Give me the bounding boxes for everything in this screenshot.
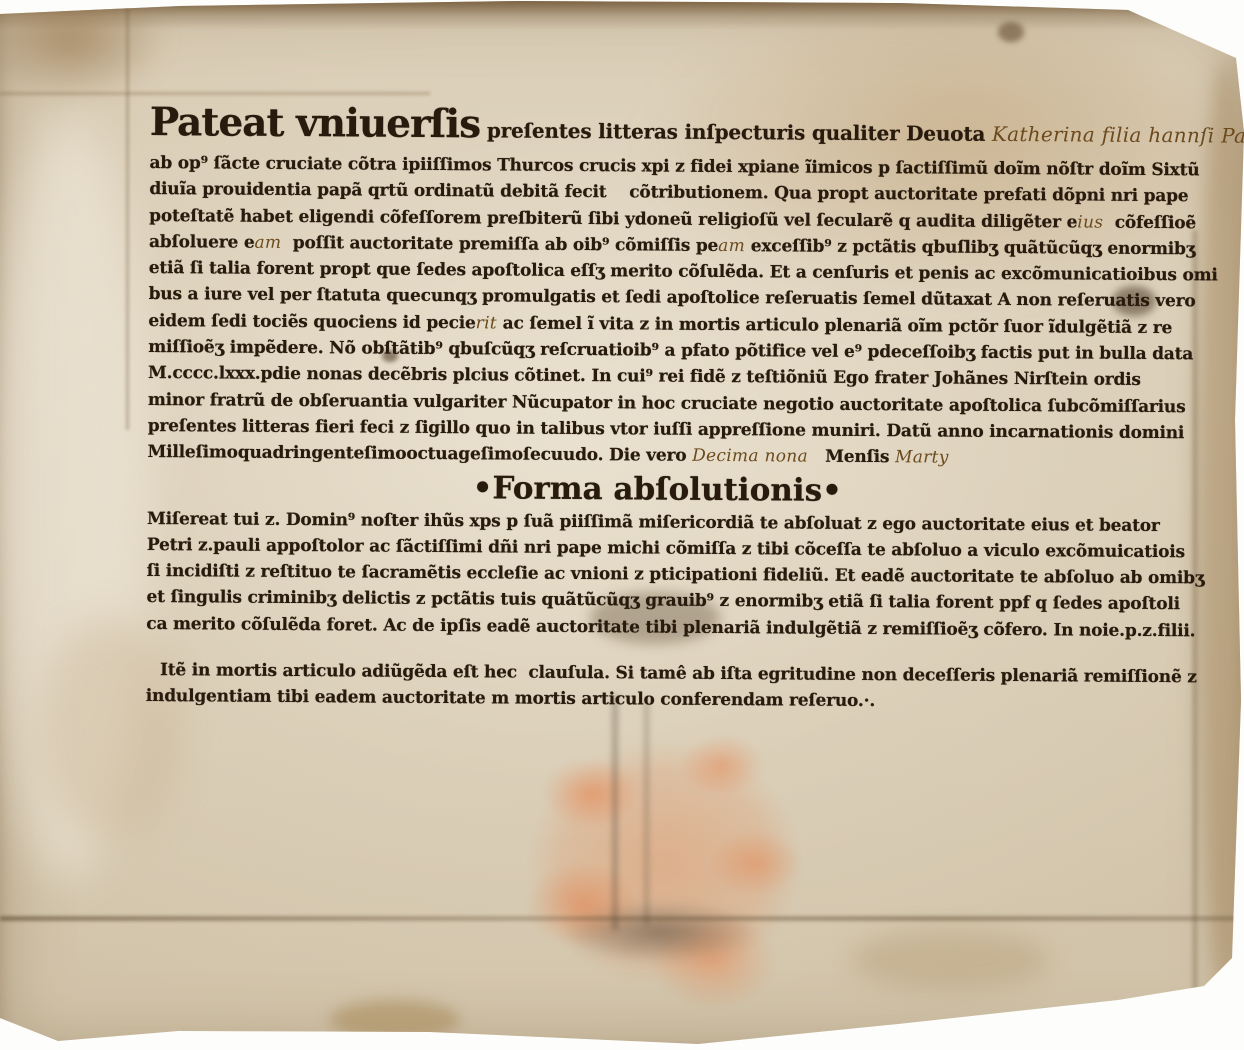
- handwritten-segment: Katherina filia hannſi Panthyrmane: [992, 122, 1244, 149]
- printed-segment: Milleſimoquadringenteſimooctuageſimoſecu…: [147, 442, 692, 466]
- printed-segment: Itẽ in mortis articulo adiũgẽda eſt hec …: [160, 660, 1197, 687]
- printed-segment: indulgentiam tibi eadem auctoritate m mo…: [146, 686, 875, 711]
- printed-segment: ab op⁹ ſãcte cruciate cõtra ipiiſſimos T…: [149, 153, 1199, 180]
- printed-segment: ſi incidiſti z reſtituo te ſacramẽtis ec…: [147, 561, 1205, 588]
- stain-right-edge: [1196, 60, 1244, 1000]
- red-seal-stain: [468, 688, 878, 1038]
- crease-right-vertical: [1193, 230, 1197, 1000]
- handwritten-segment: ius: [1077, 212, 1103, 232]
- printed-segment: Menſis: [808, 447, 895, 468]
- printed-segment: ca merito cõſulẽda foret. Ac de ipſis ea…: [146, 614, 1195, 641]
- seal-dark-smudge: [560, 900, 760, 964]
- pale-left-area: [0, 120, 150, 880]
- printed-segment: cõfeſſioẽ: [1103, 212, 1196, 233]
- crease-bottom-horizontal: [0, 916, 1244, 921]
- ink-spot-top: [998, 22, 1024, 42]
- clause-paragraph: Itẽ in mortis articulo adiũgẽda eſt hec …: [146, 657, 1166, 717]
- crease-through-seal-1: [612, 695, 618, 930]
- stain-top-left: [0, 0, 170, 105]
- printed-segment: minor fratrũ de obſeruantia vulgariter N…: [148, 390, 1186, 417]
- handwritten-segment: Marty: [895, 447, 949, 467]
- printed-segment: miſſioẽʒ impẽdere. Nõ obſtãtib⁹ qbuſcũqʒ…: [148, 337, 1193, 364]
- handwritten-segment: am: [718, 236, 745, 256]
- crease-left-vertical: [126, 0, 129, 430]
- printed-segment: et ſingulis criminibʒ delictis z pctãtis…: [146, 587, 1180, 614]
- printed-segment: Miſereat tui z. Domin⁹ noſter ihũs xps p…: [147, 509, 1160, 536]
- printed-text-block: Pateat vniuerſis preſentes litteras inſp…: [146, 100, 1170, 717]
- text-line: Pateat vniuerſis preſentes litteras inſp…: [150, 100, 1170, 157]
- printed-segment: Petri z.pauli appoſtolor ac ſãctiſſimi d…: [147, 535, 1185, 562]
- crease-top-horizontal: [0, 92, 430, 95]
- parchment-sheet: Pateat vniuerſis preſentes litteras inſp…: [0, 0, 1244, 1050]
- stain-bottom-left: [330, 1000, 460, 1040]
- document-photo: Pateat vniuerſis preſentes litteras inſp…: [0, 0, 1244, 1050]
- printed-segment: exceſſib⁹ z pctãtis qbuſlibʒ quãtũcũqʒ e…: [745, 236, 1195, 259]
- printed-segment: M.cccc.lxxx.pdie nonas decẽbris plcius c…: [148, 363, 1141, 390]
- crease-through-seal-2: [644, 700, 649, 925]
- handwritten-segment: rit: [476, 313, 497, 333]
- section-heading: •Forma abſolutionis•: [147, 466, 1167, 513]
- absolution-paragraph: Miſereat tui z. Domin⁹ noſter ihũs xps p…: [146, 506, 1167, 645]
- printed-segment: eidem ſedi tociẽs quociens id pecie: [148, 311, 475, 333]
- stain-bottom-right: [850, 930, 1050, 990]
- printed-segment: etiã ſi talia forent propt que ſedes apo…: [149, 258, 1218, 285]
- handwritten-segment: am: [254, 233, 281, 253]
- printed-segment: bus a iure vel per ſtatuta quecunqʒ prom…: [149, 284, 1196, 311]
- printed-segment: preſentes litteras inſpecturis qualiter …: [480, 118, 992, 146]
- printed-segment: poſſit auctoritate premiſſa ab oib⁹ cõmi…: [281, 233, 718, 256]
- printed-segment: ac ſemel ĩ vita z in mortis articulo ple…: [497, 313, 1172, 338]
- printed-segment: diuĩa prouidentia papã qrtũ ordinatũ deb…: [149, 179, 1188, 206]
- printed-segment: abſoluere e: [149, 232, 255, 253]
- printed-segment: preſentes litteras fieri feci z ſigillo …: [148, 416, 1185, 443]
- printed-segment: Pateat vniuerſis: [150, 99, 481, 147]
- printed-segment: poteſtatẽ habet eligendi cõfeſſorem preſ…: [149, 206, 1077, 232]
- handwritten-segment: Decima nona: [692, 446, 808, 467]
- top-edge-shadow: [0, 0, 1244, 30]
- opening-paragraph: Pateat vniuerſis preſentes litteras inſp…: [147, 100, 1170, 473]
